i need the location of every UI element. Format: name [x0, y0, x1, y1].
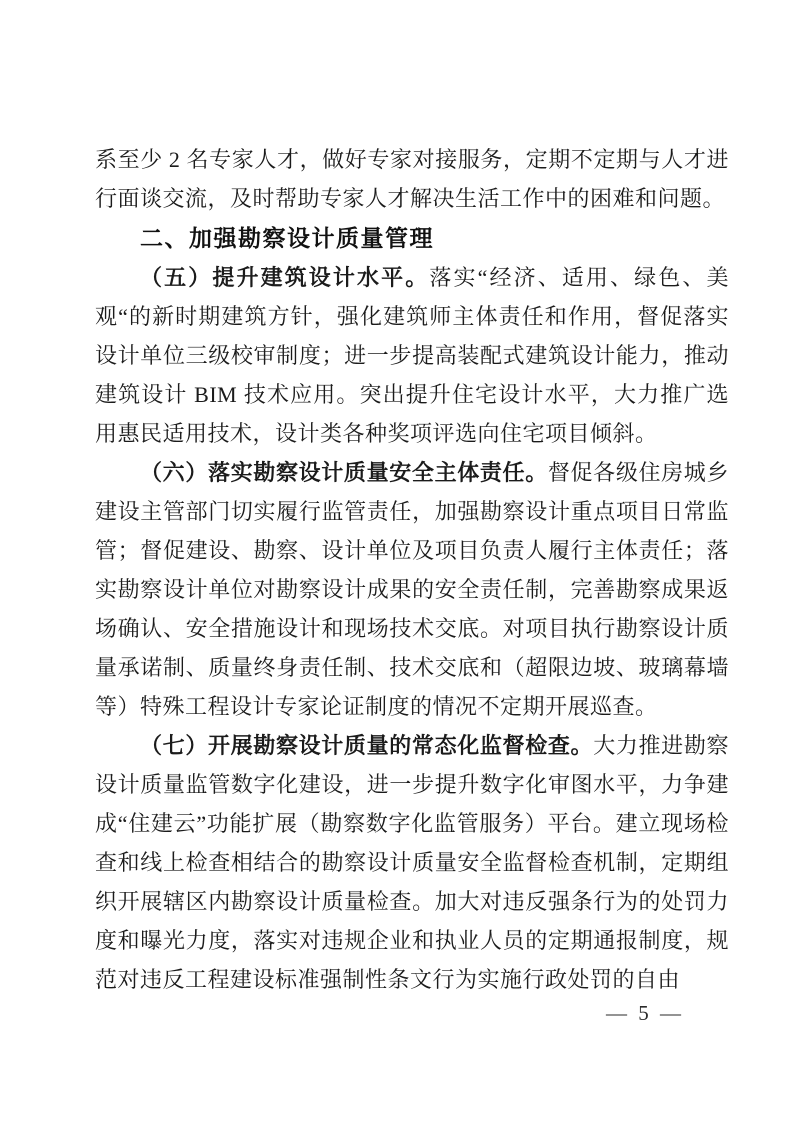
- paragraph-text: 督促各级住房城乡建设主管部门切实履行监管责任，加强勘察设计重点项目日常监管；督促…: [95, 460, 729, 719]
- section-heading: 二、加强勘察设计质量管理: [95, 218, 729, 258]
- paragraph-intro: 系至少 2 名专家人才，做好专家对接服务，定期不定期与人才进行面谈交流，及时帮助…: [95, 140, 729, 218]
- document-body: 系至少 2 名专家人才，做好专家对接服务，定期不定期与人才进行面谈交流，及时帮助…: [95, 140, 729, 999]
- paragraph-lead: （六）落实勘察设计质量安全主体责任。: [140, 460, 548, 485]
- paragraph-item-6: （六）落实勘察设计质量安全主体责任。督促各级住房城乡建设主管部门切实履行监管责任…: [95, 453, 729, 726]
- page-number: — 5 —: [606, 1001, 684, 1026]
- paragraph-lead: （七）开展勘察设计质量的常态化监督检查。: [140, 733, 593, 758]
- paragraph-text: 大力推进勘察设计质量监管数字化建设，进一步提升数字化审图水平，力争建成“住建云”…: [95, 733, 729, 992]
- paragraph-item-5: （五）提升建筑设计水平。落实“经济、适用、绿色、美观“的新时期建筑方针，强化建筑…: [95, 258, 729, 453]
- paragraph-item-7: （七）开展勘察设计质量的常态化监督检查。大力推进勘察设计质量监管数字化建设，进一…: [95, 726, 729, 999]
- paragraph-text: 落实“经济、适用、绿色、美观“的新时期建筑方针，强化建筑师主体责任和作用，督促落…: [95, 265, 729, 446]
- paragraph-lead: （五）提升建筑设计水平。: [140, 265, 429, 290]
- document-page: 系至少 2 名专家人才，做好专家对接服务，定期不定期与人才进行面谈交流，及时帮助…: [0, 0, 800, 1131]
